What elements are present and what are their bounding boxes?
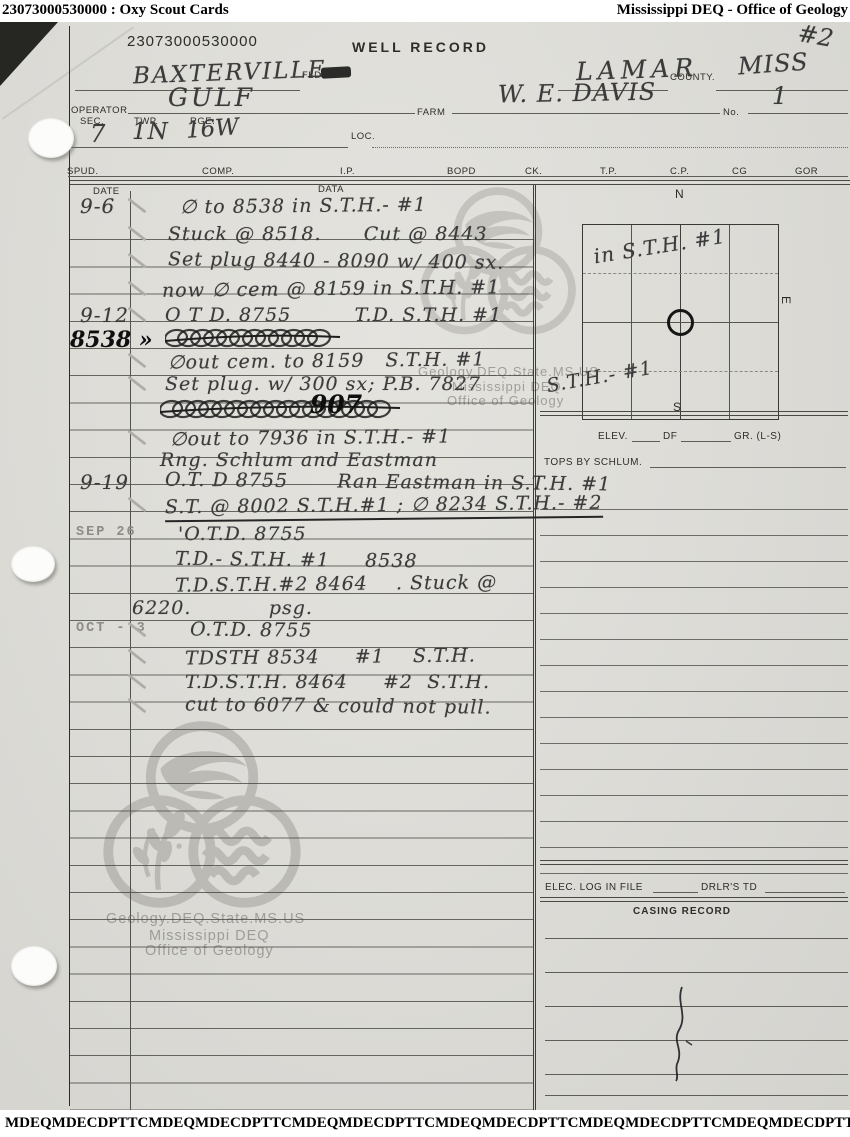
viewer-top-bar: 23073000530000 : Oxy Scout Cards Mississ… bbox=[0, 0, 850, 22]
overwritten-bold-number: 907 bbox=[310, 390, 362, 419]
agency-title: Mississippi DEQ - Office of Geology bbox=[617, 0, 848, 21]
log-entry-row: now ∅ cem @ 8159 in S.T.H. #1 bbox=[70, 277, 540, 303]
api-number: 23073000530000 bbox=[127, 33, 258, 50]
elev-label: ELEV. bbox=[598, 431, 628, 442]
footer-token: PTTC bbox=[395, 1115, 435, 1132]
casing-rule-line bbox=[545, 972, 848, 973]
well-location-marker bbox=[667, 309, 694, 336]
stats-label-ck: CK. bbox=[525, 166, 542, 177]
header-double-rule bbox=[70, 180, 850, 185]
check-slash-mark bbox=[127, 253, 146, 269]
stats-label-tp: T.P. bbox=[600, 166, 617, 177]
hole-punch-bottom bbox=[11, 946, 57, 986]
loc-label: LOC. bbox=[351, 131, 375, 142]
entry-text: 'O.T.D. 8755 bbox=[178, 522, 307, 546]
log-entry-row: SEP 26'O.T.D. 8755 bbox=[70, 522, 540, 548]
check-slash-mark bbox=[127, 430, 146, 446]
entry-date: 9-12 bbox=[80, 303, 129, 327]
gr-label: GR. (L-S) bbox=[734, 431, 781, 442]
ink-squiggle bbox=[666, 985, 696, 1083]
viewer-bottom-bar: MDEQMDECDPTTCMDEQMDECDPTTCMDEQMDECDPTTCM… bbox=[0, 1110, 850, 1137]
footer-token: MDEQ bbox=[5, 1115, 52, 1132]
footer-token: MDECD bbox=[338, 1115, 395, 1132]
log-entry-row: T.D.S.T.H.#2 8464 . Stuck @ bbox=[70, 572, 540, 598]
handwritten-16w: 16W bbox=[185, 114, 240, 144]
footer-token: PTTC bbox=[825, 1115, 850, 1132]
log-entry-row: Set plug. w/ 300 sx; P.B. 7827 bbox=[70, 372, 540, 398]
handwritten-gulf: GULF bbox=[168, 83, 255, 112]
elec-bottom-double-rule bbox=[540, 897, 848, 902]
casing-rule-line bbox=[545, 1074, 848, 1075]
entry-text: T.D.S.T.H.#2 8464 . Stuck @ bbox=[175, 570, 497, 597]
handwritten-1n: 1N bbox=[132, 119, 169, 145]
log-entry-row: T.D.S.T.H. 8464 #2 S.T.H. bbox=[70, 670, 540, 696]
entry-text: T.D.S.T.H. 8464 #2 S.T.H. bbox=[185, 670, 490, 694]
farm-label: FARM bbox=[417, 107, 445, 118]
plat-east-label: E bbox=[779, 296, 793, 304]
check-slash-mark bbox=[127, 698, 146, 714]
hole-punch-top bbox=[28, 118, 74, 158]
stats-label-comp: COMP. bbox=[202, 166, 234, 177]
casing-rule-line bbox=[545, 938, 848, 939]
scan-corner-shadow bbox=[0, 22, 58, 86]
log-entry-row: OCT - 3O.T.D. 8755 bbox=[70, 618, 540, 644]
drlrs-td-label: DRLR'S TD bbox=[701, 882, 757, 893]
footer-token: PTTC bbox=[538, 1115, 578, 1132]
footer-token: MDEQ bbox=[292, 1115, 339, 1132]
check-slash-mark bbox=[127, 674, 146, 690]
handwritten-miss: MISS bbox=[737, 48, 809, 81]
check-slash-mark bbox=[127, 226, 146, 242]
log-entry-row: Stuck @ 8518. Cut @ 8443 bbox=[70, 222, 540, 248]
plat-double-rule bbox=[540, 411, 848, 416]
footer-token: PTTC bbox=[682, 1115, 722, 1132]
check-slash-mark bbox=[127, 649, 146, 665]
handwritten-w-e-davis: W. E. DAVIS bbox=[498, 78, 657, 109]
tops-by-schlum-label: TOPS BY SCHLUM. bbox=[544, 457, 642, 468]
footer-token: PTTC bbox=[108, 1115, 148, 1132]
stats-label-cp: C.P. bbox=[670, 166, 689, 177]
entry-text: TDSTH 8534 #1 S.T.H. bbox=[185, 643, 476, 670]
footer-token: MDEQ bbox=[578, 1115, 625, 1132]
entry-text: O.T.D. 8755 bbox=[190, 617, 313, 642]
footer-token: MDECD bbox=[52, 1115, 109, 1132]
log-entry-row: S.T. @ 8002 S.T.H.#1 ; ∅ 8234 S.T.H.- #2 bbox=[70, 493, 540, 519]
stats-label-cg: CG bbox=[732, 166, 747, 177]
entry-text: cut to 6077 & could not pull. bbox=[185, 692, 492, 719]
casing-record-label: CASING RECORD bbox=[633, 906, 731, 917]
no-label: No. bbox=[723, 107, 739, 118]
footer-token: MDECD bbox=[625, 1115, 682, 1132]
stats-label-spud: SPUD. bbox=[67, 166, 99, 177]
check-slash-mark bbox=[127, 307, 146, 323]
stats-label-ip: I.P. bbox=[340, 166, 355, 177]
scratched-out-text bbox=[165, 325, 340, 351]
entry-text: now ∅ cem @ 8159 in S.T.H. #1 bbox=[162, 275, 500, 303]
entry-text: S.T. @ 8002 S.T.H.#1 ; ∅ 8234 S.T.H.- #2 bbox=[165, 491, 603, 523]
check-slash-mark bbox=[127, 281, 146, 297]
entry-text: T.D.- S.T.H. #1 8538 bbox=[175, 547, 418, 574]
log-entry-row: cut to 6077 & could not pull. bbox=[70, 694, 540, 720]
footer-token: PTTC bbox=[252, 1115, 292, 1132]
entry-text: 6220. psg. bbox=[132, 596, 313, 620]
handwritten-1: 1 bbox=[772, 82, 787, 110]
entry-text: ∅ to 8538 in S.T.H.- #1 bbox=[180, 193, 427, 220]
check-slash-mark bbox=[127, 353, 146, 369]
elec-log-label: ELEC. LOG IN FILE bbox=[545, 882, 643, 893]
check-slash-mark bbox=[127, 198, 146, 214]
log-entry-row: TDSTH 8534 #1 S.T.H. bbox=[70, 645, 540, 671]
footer-token: MDEQ bbox=[722, 1115, 769, 1132]
footer-token: MDEQ bbox=[148, 1115, 195, 1132]
operator-label: OPERATOR bbox=[71, 105, 127, 116]
elec-top-double-rule bbox=[540, 860, 848, 865]
entry-date: 9-19 bbox=[80, 470, 129, 494]
log-entry-row: Set plug 8440 - 8090 w/ 400 sx. bbox=[70, 249, 540, 275]
tops-ruled-lines bbox=[540, 484, 848, 882]
scratched-out-text bbox=[160, 396, 400, 422]
stats-label-bopd: BOPD bbox=[447, 166, 476, 177]
scanned-well-record-card: Geology.DEQ.State.MS.US Mississippi DEQ … bbox=[0, 22, 850, 1110]
entry-text: O T D. 8755 T.D. S.T.H. #1 bbox=[165, 303, 516, 327]
log-entry-row: 9-6∅ to 8538 in S.T.H.- #1 bbox=[70, 194, 540, 220]
casing-rule-line bbox=[545, 1006, 848, 1007]
footer-token: MDEQ bbox=[435, 1115, 482, 1132]
date-stamp: SEP 26 bbox=[76, 525, 137, 540]
casing-rule-line bbox=[545, 1095, 848, 1096]
handwritten--2: #2 bbox=[796, 19, 836, 53]
stats-label-gor: GOR bbox=[795, 166, 818, 177]
handwritten-7: 7 bbox=[90, 120, 105, 148]
plat-north-label: N bbox=[675, 187, 684, 201]
footer-token: MDECD bbox=[195, 1115, 252, 1132]
check-slash-mark bbox=[127, 376, 146, 392]
check-slash-mark bbox=[127, 497, 146, 513]
entry-date: 9-6 bbox=[80, 194, 115, 218]
entry-text: Stuck @ 8518. Cut @ 8443 bbox=[168, 222, 488, 246]
hole-punch-middle bbox=[11, 546, 55, 582]
df-label: DF bbox=[663, 431, 677, 442]
footer-token: MDECD bbox=[482, 1115, 539, 1132]
casing-rule-line bbox=[545, 1040, 848, 1041]
footer-token: MDECD bbox=[768, 1115, 825, 1132]
log-entry-row: 907 bbox=[70, 396, 540, 422]
entry-text: ∅out cem. to 8159 S.T.H. #1 bbox=[168, 347, 486, 374]
document-id-title: 23073000530000 : Oxy Scout Cards bbox=[2, 0, 229, 21]
entry-text: Set plug 8440 - 8090 w/ 400 sx. bbox=[168, 247, 505, 275]
card-title: WELL RECORD bbox=[352, 39, 489, 55]
